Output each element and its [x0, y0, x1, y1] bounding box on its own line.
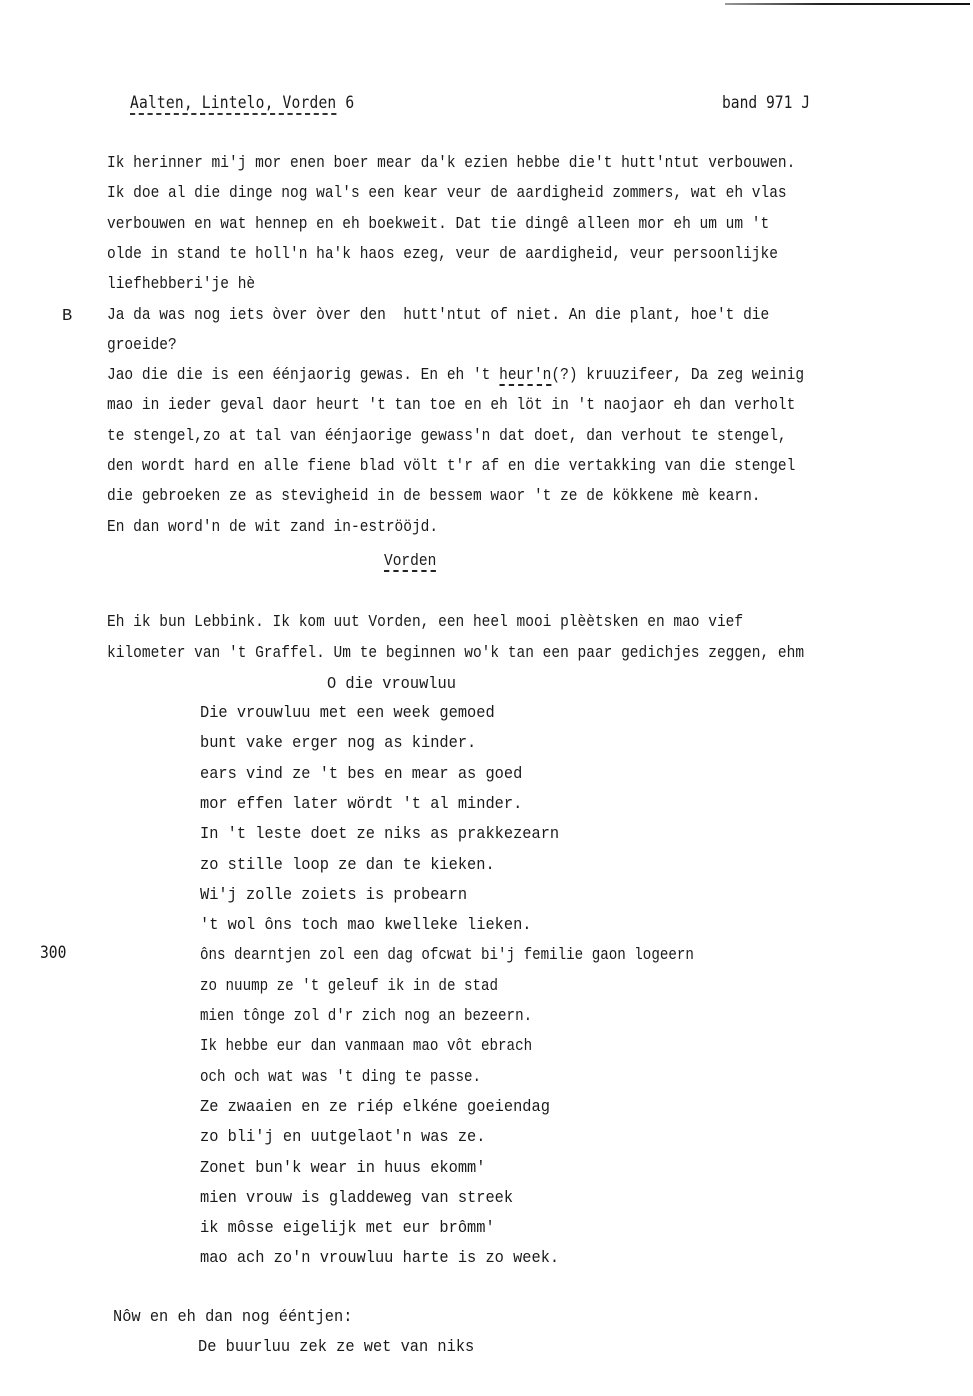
- poem-line: och och wat was 't ding te passe.: [200, 1067, 481, 1086]
- poem-line: ears vind ze 't bes en mear as goed: [200, 764, 522, 783]
- poem-line: In 't leste doet ze niks as prakkezearn: [200, 824, 559, 843]
- transcript-line: olde in stand te holl'n ha'k haos ezeg, …: [107, 244, 778, 263]
- places-underlined: Aalten, Lintelo, Vorden: [130, 93, 336, 115]
- poem-line: ik môsse eigelijk met eur brômm': [200, 1218, 495, 1237]
- uncertain-word: heur'n: [499, 365, 551, 386]
- section-title: Vorden: [384, 551, 436, 570]
- poem-line: 't wol ôns toch mao kwelleke lieken.: [200, 915, 532, 934]
- poem-line: Zonet bun'k wear in huus ekomm': [200, 1158, 485, 1177]
- poem-line: ôns dearntjen zol een dag ofcwat bi'j fe…: [200, 945, 694, 964]
- intro-line: kilometer van 't Graffel. Um te beginnen…: [107, 643, 804, 662]
- transcript-line: liefhebberi'je hè: [107, 274, 255, 293]
- next-poem-first-line: De buurluu zek ze wet van niks: [198, 1337, 474, 1356]
- intro-line: Eh ik bun Lebbink. Ik kom uut Vorden, ee…: [107, 612, 743, 631]
- line-number-marker: 300: [40, 943, 66, 963]
- poem-line: mao ach zo'n vrouwluu harte is zo week.: [200, 1248, 559, 1267]
- document-header-places: Aalten, Lintelo, Vorden 6: [130, 93, 354, 113]
- poem-line: zo stille loop ze dan te kieken.: [200, 855, 495, 874]
- top-rule: [725, 3, 970, 5]
- transcript-line: groeide?: [107, 335, 177, 354]
- poem-line: bunt vake erger nog as kinder.: [200, 733, 476, 752]
- poem-line: mien vrouw is gladdeweg van streek: [200, 1188, 513, 1207]
- poem-line: Ik hebbe eur dan vanmaan mao vôt ebrach: [200, 1036, 532, 1055]
- closing-line: Nôw en eh dan nog ééntjen:: [113, 1307, 352, 1326]
- transcript-line: mao in ieder geval daor heurt 't tan toe…: [107, 395, 795, 414]
- poem-line: zo bli'j en uutgelaot'n was ze.: [200, 1127, 485, 1146]
- transcript-line: Jao die die is een éénjaorig gewas. En e…: [107, 365, 804, 384]
- transcript-line: verbouwen en wat hennep en eh boekweit. …: [107, 214, 769, 233]
- transcript-line: Ik herinner mi'j mor enen boer mear da'k…: [107, 153, 795, 172]
- poem-line: zo nuump ze 't geleuf ik in de stad: [200, 976, 498, 995]
- transcript-line: En dan word'n de wit zand in-eströöjd.: [107, 517, 438, 536]
- transcript-line: die gebroeken ze as stevigheid in de bes…: [107, 486, 761, 505]
- transcript-line: Ja da was nog iets òver òver den hutt'nt…: [107, 305, 769, 324]
- poem-line: mien tônge zol d'r zich nog an bezeern.: [200, 1006, 532, 1025]
- poem-line: Die vrouwluu met een week gemoed: [200, 703, 495, 722]
- transcript-line: den wordt hard en alle fiene blad völt t…: [107, 456, 795, 475]
- transcript-line: Ik doe al die dinge nog wal's een kear v…: [107, 183, 787, 202]
- poem-line: mor effen later wördt 't al minder.: [200, 794, 522, 813]
- poem-title: O die vrouwluu: [327, 674, 456, 693]
- poem-line: Wi'j zolle zoiets is probearn: [200, 885, 467, 904]
- page-number: 6: [345, 93, 354, 113]
- speaker-marker: B: [62, 307, 72, 326]
- transcript-line: te stengel,zo at tal van éénjaorige gewa…: [107, 426, 787, 445]
- tape-reference: band 971 J: [722, 93, 810, 113]
- poem-line: Ze zwaaien en ze riép elkéne goeiendag: [200, 1097, 550, 1116]
